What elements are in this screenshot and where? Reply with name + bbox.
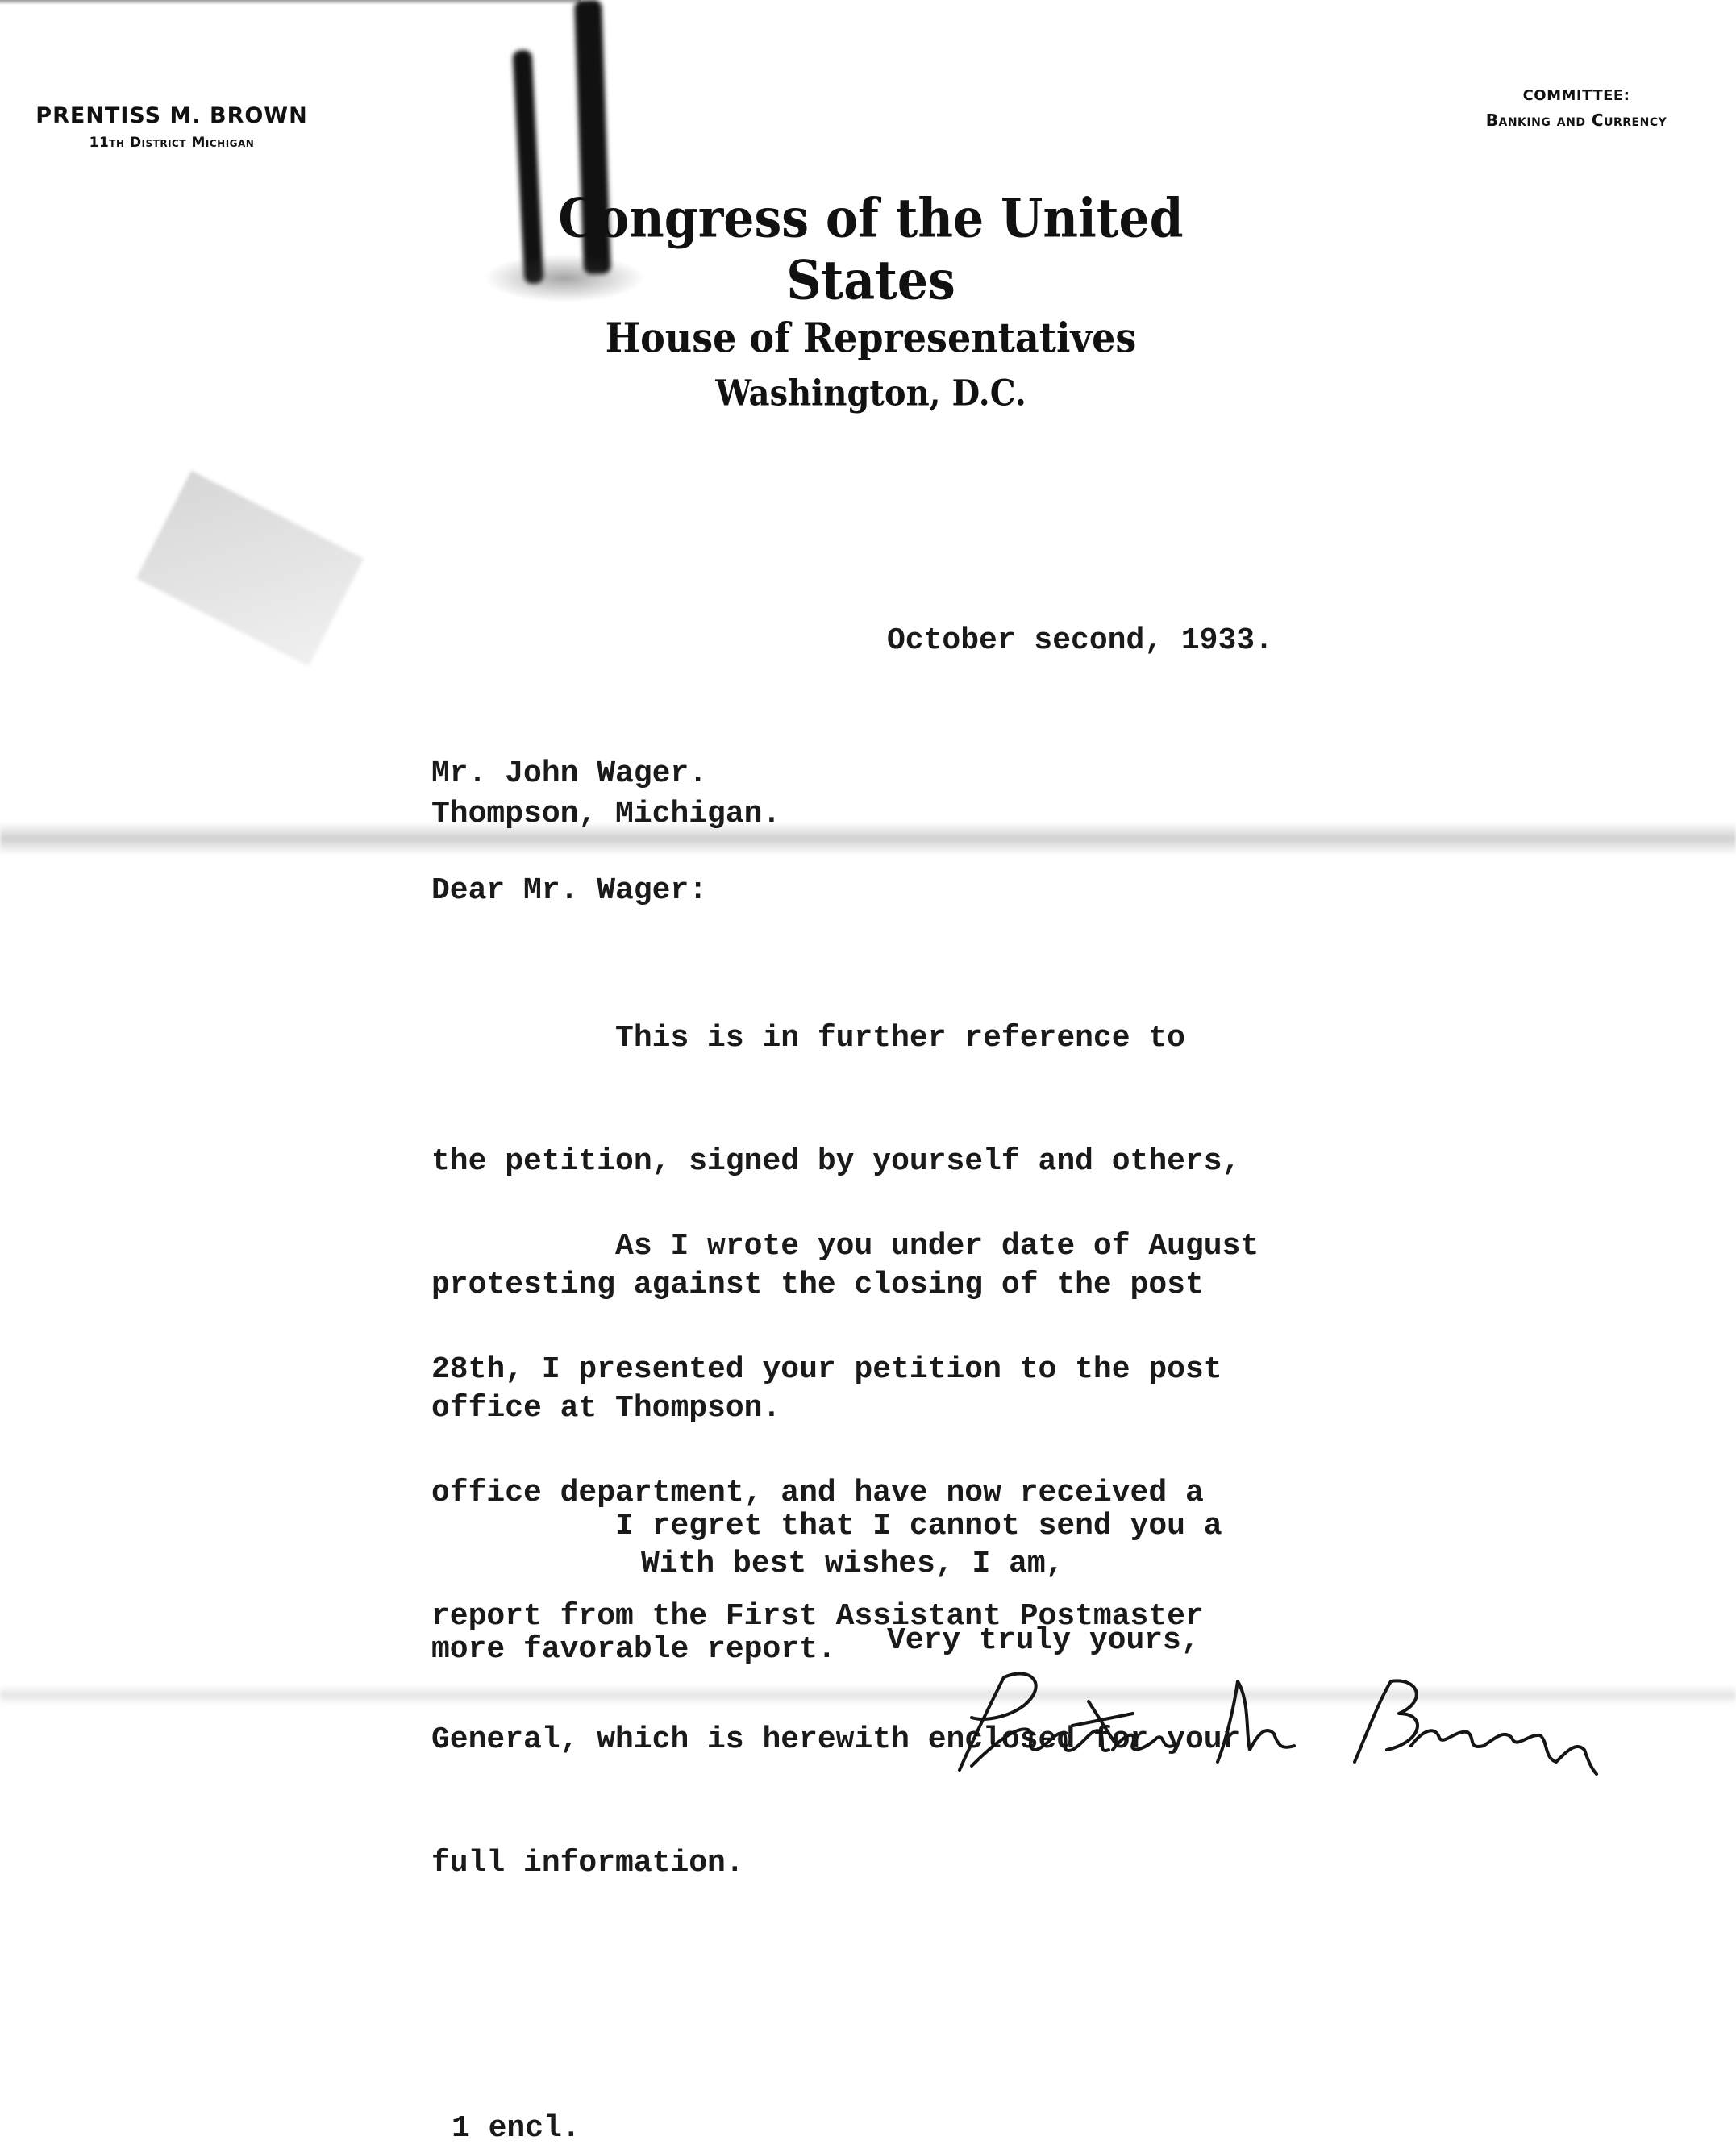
sender-name: PRENTISS M. BROWN (15, 103, 329, 128)
complimentary-close: Very truly yours, (887, 1621, 1200, 1661)
sender-block: PRENTISS M. BROWN 11th District Michigan (15, 103, 329, 151)
letter-date: October second, 1933. (887, 621, 1273, 661)
chamber-title: House of Representatives (484, 314, 1258, 361)
paragraph-line: This is in further reference to (431, 1018, 1240, 1059)
closing-line: With best wishes, I am, (641, 1544, 1064, 1585)
committee-label: COMMITTEE: (1427, 87, 1726, 104)
salutation: Dear Mr. Wager: (431, 871, 707, 911)
paper-stain-mark (136, 471, 364, 667)
paper-fold-line (0, 822, 1736, 855)
city-title: Washington, D.C. (484, 373, 1258, 414)
letterhead-title-block: Congress of the United States House of R… (484, 194, 1258, 412)
paragraph-line: I regret that I cannot send you a (431, 1505, 1222, 1547)
recipient-address: Thompson, Michigan. (431, 794, 781, 835)
sender-district: 11th District Michigan (15, 135, 329, 151)
enclosure-note: 1 encl. (452, 2109, 581, 2149)
scan-edge-artifact (0, 0, 581, 5)
letter-page: PRENTISS M. BROWN 11th District Michigan… (0, 0, 1736, 2153)
paragraph-line: 28th, I presented your petition to the p… (431, 1349, 1259, 1390)
institution-title: Congress of the United States (484, 188, 1258, 312)
committee-block: COMMITTEE: Banking and Currency (1427, 87, 1726, 130)
handwritten-signature (927, 1669, 1717, 1782)
paragraph-line: full information. (431, 1843, 1259, 1884)
paragraph-line: As I wrote you under date of August (431, 1226, 1259, 1267)
recipient-name: Mr. John Wager. (431, 754, 707, 794)
committee-name: Banking and Currency (1427, 110, 1726, 130)
